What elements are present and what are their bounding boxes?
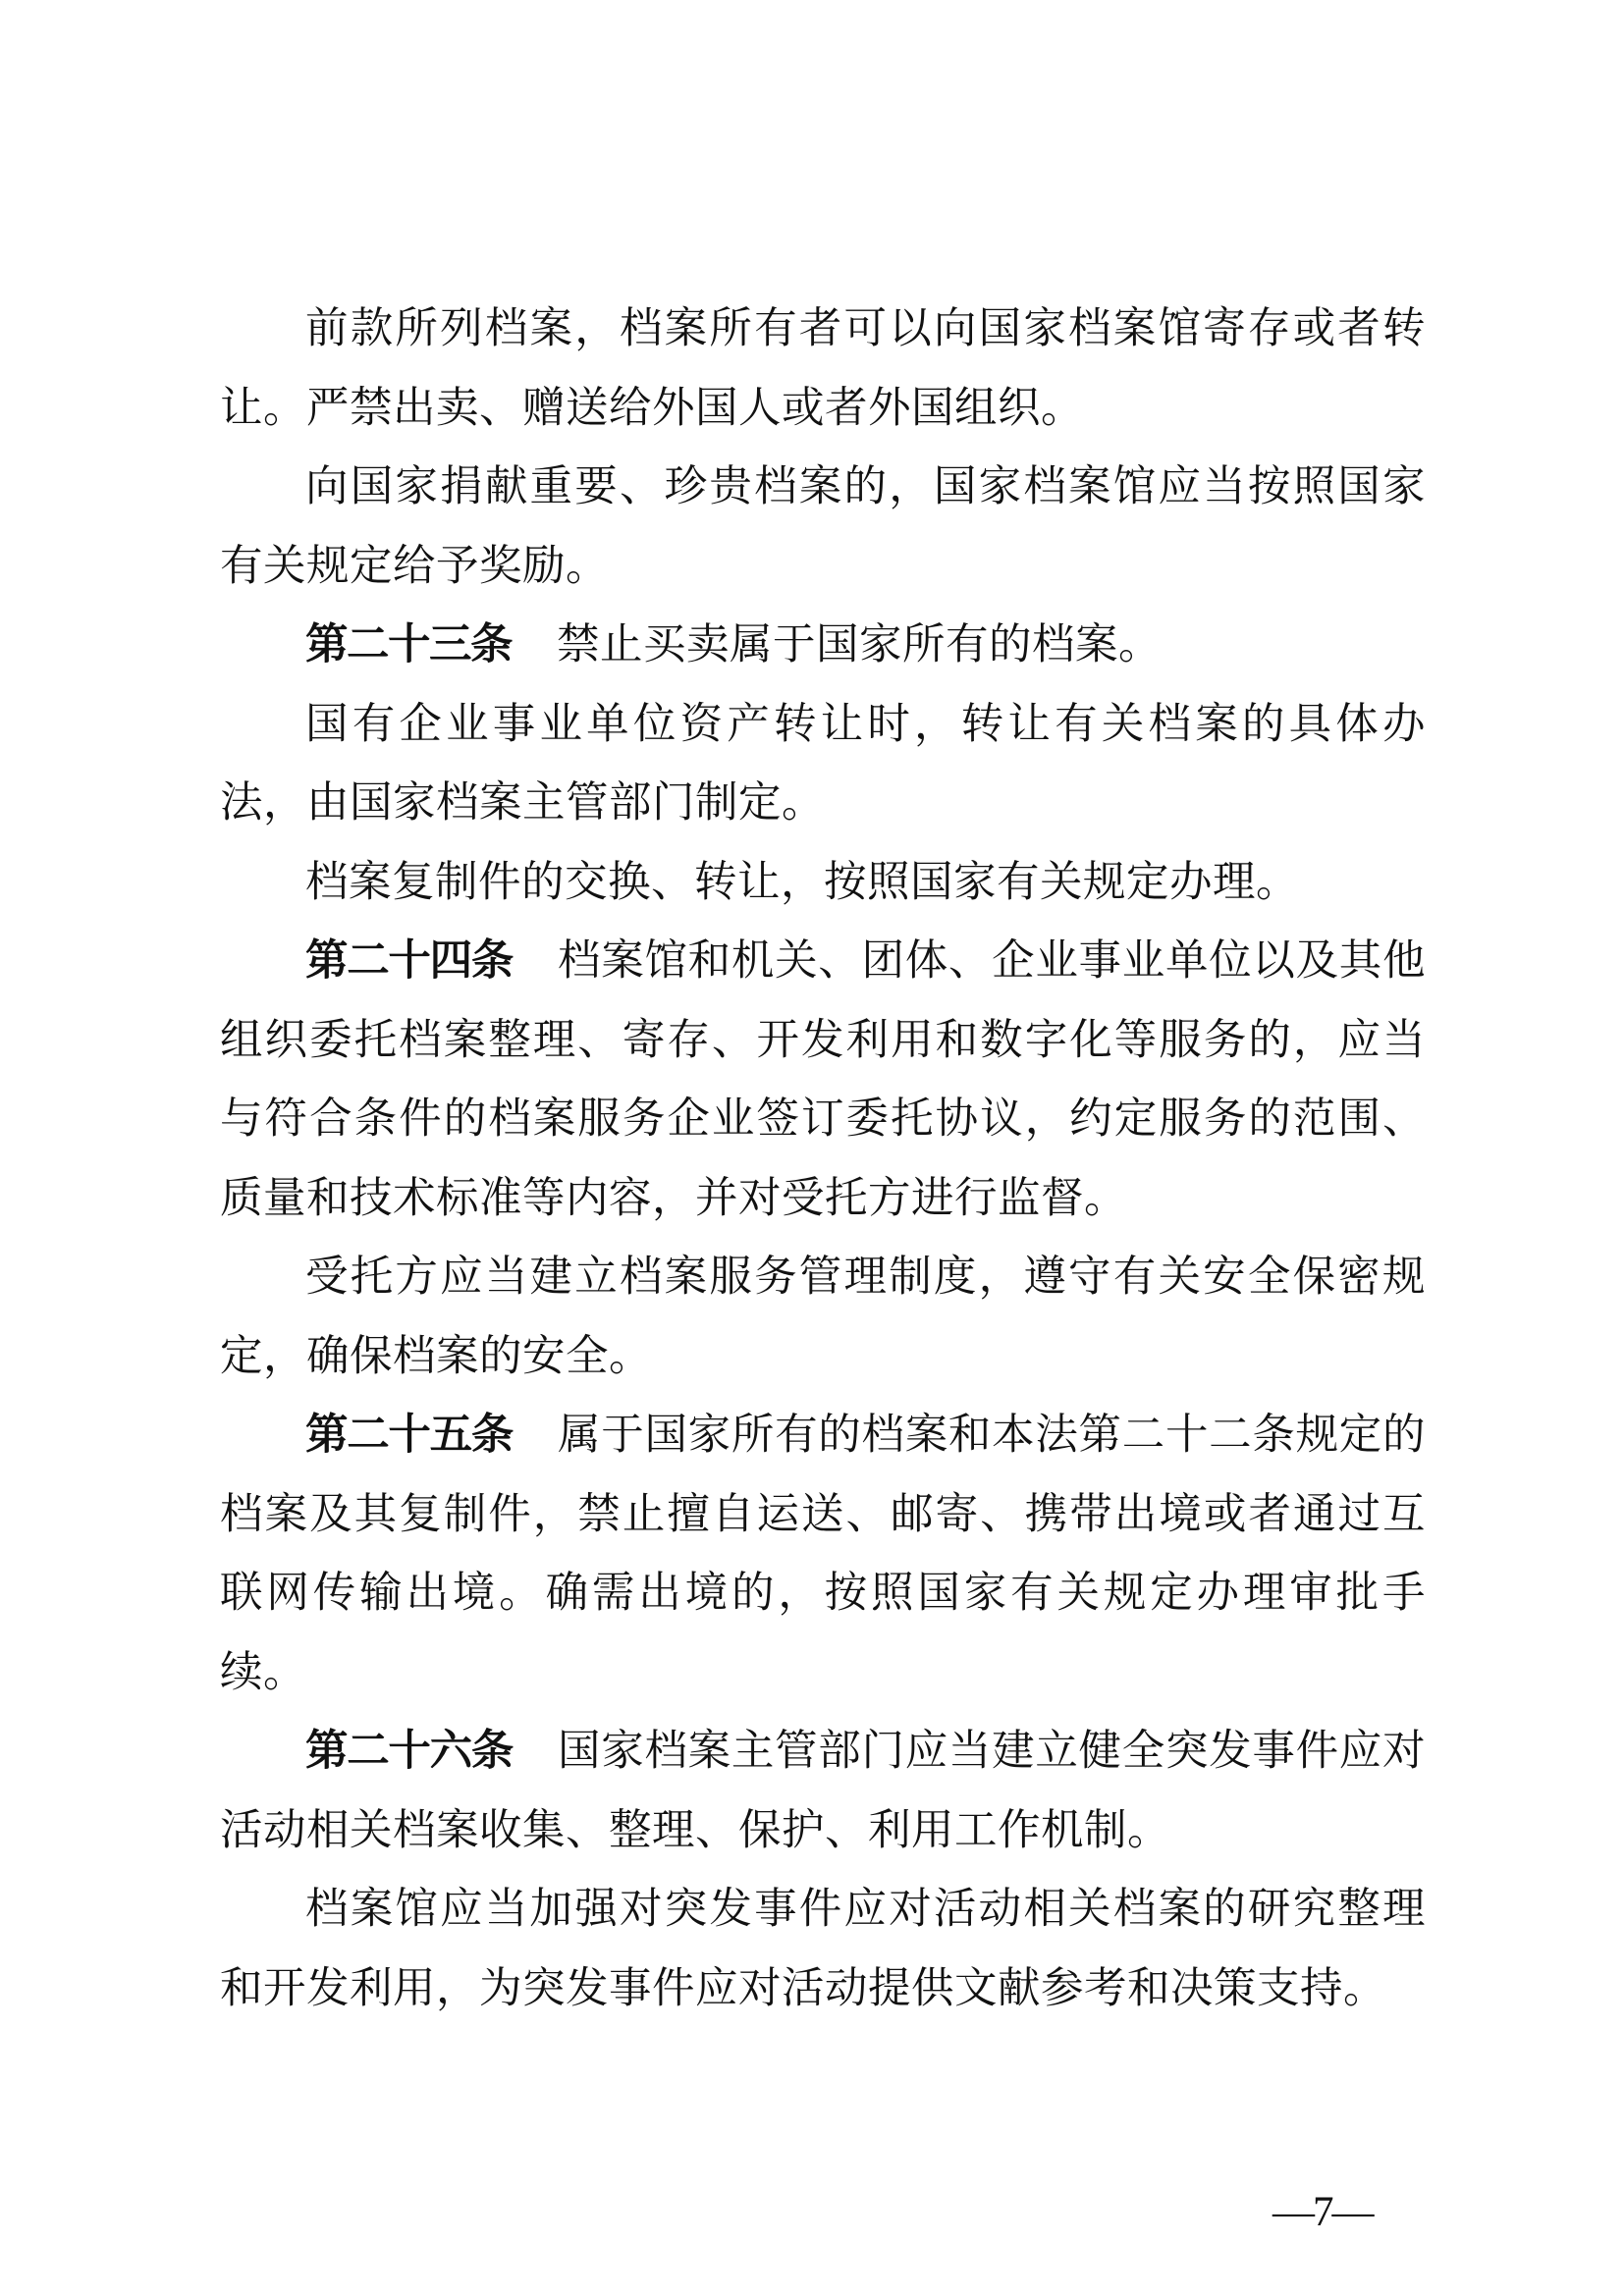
paragraph-text: 受托方应当建立档案服务管理制度，遵守有关安全保密规定，确保档案的安全。 [220,1254,1426,1380]
paragraph: 第二十四条档案馆和机关、团体、企业事业单位以及其他组织委托档案整理、寄存、开发利… [220,922,1426,1238]
paragraph-text: 档案馆应当加强对突发事件应对活动相关档案的研究整理和开发利用，为突发事件应对活动… [220,1886,1426,2012]
document-page: 前款所列档案，档案所有者可以向国家档案馆寄存或者转让。严禁出卖、赠送给外国人或者… [0,0,1624,2296]
paragraph: 档案馆应当加强对突发事件应对活动相关档案的研究整理和开发利用，为突发事件应对活动… [220,1870,1426,2028]
article-number: 第二十四条 [305,936,513,986]
paragraph: 第二十六条国家档案主管部门应当建立健全突发事件应对活动相关档案收集、整理、保护、… [220,1712,1426,1870]
page-number: —7— [1272,2189,1373,2236]
paragraph: 国有企业事业单位资产转让时，转让有关档案的具体办法，由国家档案主管部门制定。 [220,685,1426,843]
paragraph-text: 向国家捐献重要、珍贵档案的，国家档案馆应当按照国家有关规定给予奖励。 [220,463,1426,590]
paragraph-text: 禁止买卖属于国家所有的档案。 [557,621,1162,668]
paragraph: 受托方应当建立档案服务管理制度，遵守有关安全保密规定，确保档案的安全。 [220,1238,1426,1396]
paragraph-text: 档案复制件的交换、转让，按照国家有关规定办理。 [305,859,1299,906]
document-body: 前款所列档案，档案所有者可以向国家档案馆寄存或者转让。严禁出卖、赠送给外国人或者… [220,290,1426,2028]
article-number: 第二十五条 [305,1411,513,1460]
paragraph: 第二十五条属于国家所有的档案和本法第二十二条规定的档案及其复制件，禁止擅自运送、… [220,1396,1426,1712]
paragraph: 向国家捐献重要、珍贵档案的，国家档案馆应当按照国家有关规定给予奖励。 [220,448,1426,606]
paragraph: 前款所列档案，档案所有者可以向国家档案馆寄存或者转让。严禁出卖、赠送给外国人或者… [220,290,1426,448]
paragraph-text: 前款所列档案，档案所有者可以向国家档案馆寄存或者转让。严禁出卖、赠送给外国人或者… [220,305,1426,432]
paragraph: 档案复制件的交换、转让，按照国家有关规定办理。 [220,843,1426,923]
paragraph: 第二十三条禁止买卖属于国家所有的档案。 [220,606,1426,685]
article-number: 第二十六条 [305,1727,513,1776]
article-number: 第二十三条 [305,620,512,669]
paragraph-text: 国有企业事业单位资产转让时，转让有关档案的具体办法，由国家档案主管部门制定。 [220,701,1426,828]
